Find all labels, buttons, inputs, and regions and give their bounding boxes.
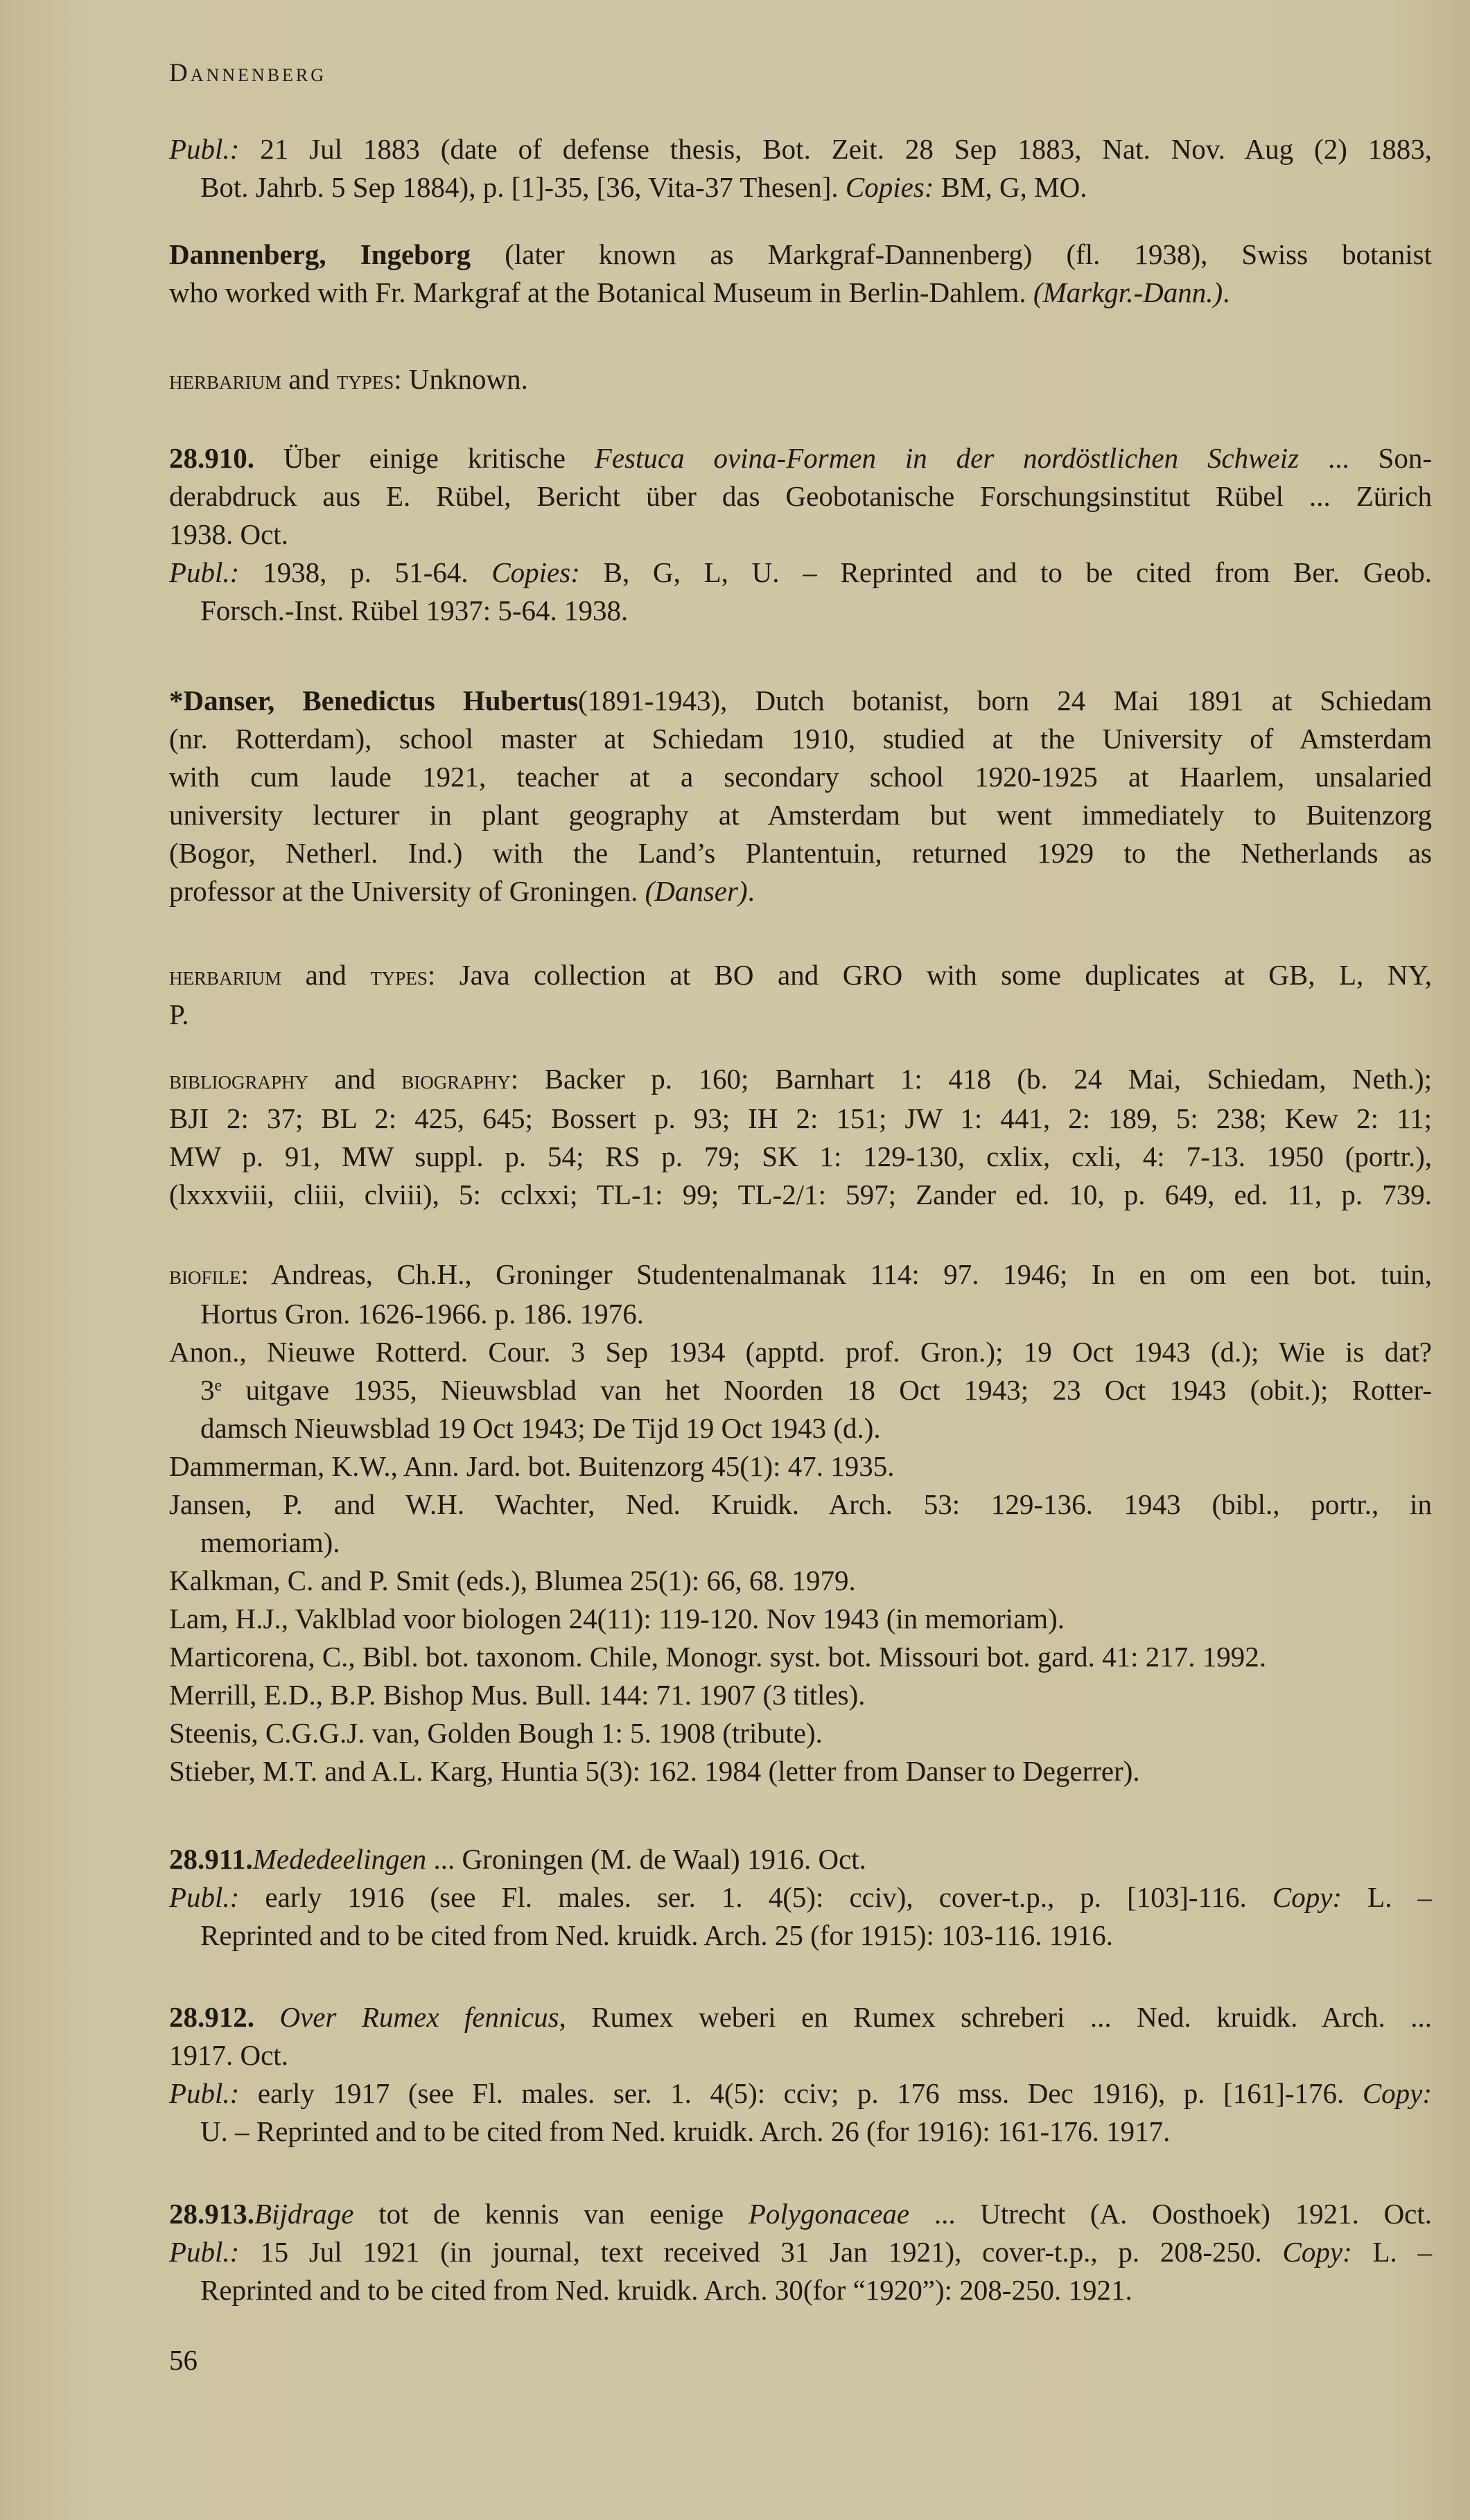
types-label: types (370, 962, 428, 991)
author-text: who worked with Fr. Markgraf at the Bota… (169, 276, 1026, 308)
copies-text: BM, G, MO. (941, 171, 1087, 203)
herbarium-text: P. (169, 996, 1432, 1034)
title-line: 1938. Oct. (169, 516, 1432, 554)
author-name: *Danser, Benedictus Hubertus (169, 685, 578, 716)
and-word: and (306, 959, 347, 991)
title-italic: Festuca ovina-Formen in der nordöstliche… (595, 442, 1299, 474)
publ-text: L. – (1373, 2236, 1433, 2268)
herbarium-types-ingeborg: herbarium and types: Unknown. (169, 360, 1432, 400)
copy-label: Copy: (1272, 1881, 1342, 1913)
author-text: university lecturer in plant geography a… (169, 796, 1432, 834)
bibliography-label: bibliography (169, 1066, 308, 1095)
publ-label: Publ.: (169, 556, 239, 588)
page-number: 56 (169, 2343, 198, 2377)
biofile-text: Marticorena, C., Bibl. bot. taxonom. Chi… (169, 1638, 1432, 1676)
entry-number: 28.912. (169, 2001, 254, 2033)
herbarium-text: : Java collection at BO and GRO with som… (428, 959, 1432, 991)
title-italic: Bijdrage (254, 2198, 353, 2230)
ordinal-superscript: e (215, 1377, 222, 1395)
author-abbreviation: (Markgr.-Dann.) (1033, 276, 1223, 308)
publ-text: Bot. Jahrb. 5 Sep 1884), p. [1]-35, [36,… (200, 171, 839, 203)
herbarium-label: herbarium (169, 962, 281, 991)
dannenberg-thesis-publication: Publ.: 21 Jul 1883 (date of defense thes… (169, 130, 1432, 206)
and-word: and (335, 1063, 376, 1095)
biofile-text: Stieber, M.T. and A.L. Karg, Huntia 5(3)… (169, 1752, 1432, 1790)
copies-label: Copies: (846, 171, 934, 203)
title-text: , Rumex weberi en Rumex schreberi ... Ne… (559, 2001, 1432, 2033)
bibliography-text: MW p. 91, MW suppl. p. 54; RS p. 79; SK … (169, 1138, 1432, 1176)
title-text: Über einige kritische (283, 442, 566, 474)
publ-label: Publ.: (169, 2236, 239, 2268)
biofile-text: Merrill, E.D., B.P. Bishop Mus. Bull. 14… (169, 1676, 1432, 1714)
author-entry-danser: *Danser, Benedictus Hubertus(1891-1943),… (169, 682, 1432, 910)
publication-entry-28-913: 28.913.Bijdrage tot de kennis van eenige… (169, 2195, 1432, 2309)
author-text: professor at the University of Groningen… (169, 875, 638, 907)
ordinal: 3 (200, 1374, 215, 1406)
biography-label: biography (401, 1066, 511, 1095)
publ-text: 21 Jul 1883 (date of defense thesis, Bot… (260, 133, 1432, 165)
bibliography-text: : Backer p. 160; Barnhart 1: 418 (b. 24 … (511, 1063, 1432, 1095)
herbarium-text: : Unknown. (394, 363, 528, 395)
copy-label: Copy: (1283, 2236, 1352, 2268)
biofile-text: Kalkman, C. and P. Smit (eds.), Blumea 2… (169, 1562, 1432, 1600)
publication-entry-28-911: 28.911.Mededeelingen ... Groningen (M. d… (169, 1840, 1432, 1955)
title-line: derabdruck aus E. Rübel, Bericht über da… (169, 477, 1432, 516)
biofile-text: Anon., Nieuwe Rotterd. Cour. 3 Sep 1934 … (169, 1333, 1432, 1371)
biofile-text: uitgave 1935, Nieuwsblad van het Noorden… (245, 1374, 1432, 1406)
biofile-text: Hortus Gron. 1626-1966. p. 186. 1976. (169, 1295, 1432, 1333)
herbarium-types-danser: herbarium and types: Java collection at … (169, 956, 1432, 1034)
entry-number: 28.910. (169, 442, 254, 474)
publ-text: L. – (1367, 1881, 1432, 1913)
title-line: 1917. Oct. (169, 2036, 1432, 2074)
publ-text: 15 Jul 1921 (in journal, text received 3… (260, 2236, 1262, 2268)
author-entry-ingeborg-dannenberg: Dannenberg, Ingeborg (later known as Mar… (169, 236, 1432, 312)
author-text: (Bogor, Netherl. Ind.) with the Land’s P… (169, 834, 1432, 872)
publ-text: early 1917 (see Fl. males. ser. 1. 4(5):… (258, 2077, 1344, 2109)
author-text: with cum laude 1921, teacher at a second… (169, 758, 1432, 796)
publ-line: Reprinted and to be cited from Ned. krui… (169, 1917, 1432, 1955)
entry-number: 28.913. (169, 2198, 254, 2230)
herbarium-label: herbarium (169, 366, 281, 395)
publ-line: Reprinted and to be cited from Ned. krui… (169, 2271, 1432, 2309)
biofile-text: Lam, H.J., Vaklblad voor biologen 24(11)… (169, 1600, 1432, 1638)
author-text: (nr. Rotterdam), school master at Schied… (169, 720, 1432, 758)
punctuation: . (1223, 276, 1230, 308)
biofile-text: memoriam). (169, 1524, 1432, 1562)
biofile-label: biofile (169, 1261, 241, 1290)
title-italic: Polygonaceae (749, 2198, 909, 2230)
types-label: types (337, 366, 394, 395)
publ-label: Publ.: (169, 1881, 239, 1913)
title-italic: Over Rumex fennicus (279, 2001, 559, 2033)
publ-label: Publ.: (169, 2077, 239, 2109)
title-text: ... Son- (1328, 442, 1432, 474)
title-text: tot de kennis van eenige (378, 2198, 724, 2230)
punctuation: . (748, 875, 755, 907)
publ-label: Publ.: (169, 133, 239, 165)
publication-entry-28-912: 28.912. Over Rumex fennicus, Rumex weber… (169, 1998, 1432, 2151)
copies-label: Copies: (491, 556, 580, 588)
running-head: Dannenberg (169, 58, 326, 88)
and-word: and (288, 363, 329, 395)
biofile-danser: biofile: Andreas, Ch.H., Groninger Stude… (169, 1255, 1432, 1790)
author-text: (1891-1943), Dutch botanist, born 24 Mai… (578, 685, 1432, 716)
bibliography-biography-danser: bibliography and biography: Backer p. 16… (169, 1060, 1432, 1214)
entry-number: 28.911. (169, 1843, 253, 1875)
publ-line: U. – Reprinted and to be cited from Ned.… (169, 2113, 1432, 2151)
publication-entry-28-910: 28.910. Über einige kritische Festuca ov… (169, 439, 1432, 630)
title-italic: Mededeelingen (253, 1843, 426, 1875)
author-abbreviation: (Danser) (645, 875, 748, 907)
biofile-text: Jansen, P. and W.H. Wachter, Ned. Kruidk… (169, 1486, 1432, 1524)
copy-label: Copy: (1363, 2077, 1432, 2109)
publ-text: B, G, L, U. – Reprinted and to be cited … (604, 556, 1432, 588)
title-text: ... Groningen (M. de Waal) 1916. Oct. (433, 1843, 866, 1875)
bibliography-text: (lxxxviii, cliii, clviii), 5: cclxxi; TL… (169, 1176, 1432, 1214)
author-name: Dannenberg, Ingeborg (169, 238, 471, 270)
publ-line: Forsch.-Inst. Rübel 1937: 5-64. 1938. (169, 592, 1432, 630)
title-text: ... Utrecht (A. Oosthoek) 1921. Oct. (934, 2198, 1432, 2230)
biofile-text: : Andreas, Ch.H., Groninger Studentenalm… (241, 1258, 1433, 1290)
bibliography-text: BJI 2: 37; BL 2: 425, 645; Bossert p. 93… (169, 1100, 1432, 1138)
biofile-text: damsch Nieuwsblad 19 Oct 1943; De Tijd 1… (169, 1409, 1432, 1447)
publ-text: 1938, p. 51-64. (263, 556, 468, 588)
publ-text: early 1916 (see Fl. males. ser. 1. 4(5):… (265, 1881, 1246, 1913)
biofile-text: Dammerman, K.W., Ann. Jard. bot. Buitenz… (169, 1447, 1432, 1486)
biofile-text: Steenis, C.G.G.J. van, Golden Bough 1: 5… (169, 1714, 1432, 1752)
author-text: (later known as Markgraf-Dannenberg) (fl… (505, 238, 1432, 270)
